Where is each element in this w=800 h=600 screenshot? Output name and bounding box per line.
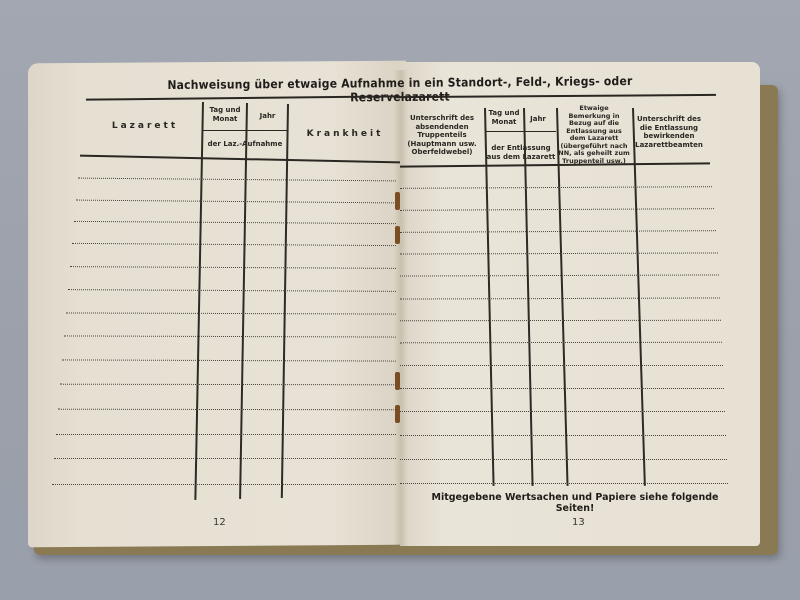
- column-header-krankheit: Krankheit: [295, 130, 395, 139]
- blank-entry-row: [400, 411, 725, 412]
- column-header-lazarett: Lazarett: [95, 122, 195, 131]
- staple: [395, 405, 400, 423]
- footer-note: Mitgegebene Wertsachen und Papiere siehe…: [425, 492, 725, 514]
- column-header-bemerkung: Etwaige Bemerkung in Bezug auf die Entla…: [558, 105, 630, 165]
- column-header-jahr: Jahr: [524, 115, 552, 124]
- page-number-right: 13: [572, 517, 585, 528]
- blank-entry-row: [54, 458, 396, 459]
- column-header-jahr: Jahr: [250, 112, 285, 121]
- blank-entry-row: [400, 388, 724, 389]
- blank-entry-row: [400, 459, 727, 460]
- blank-entry-row: [400, 483, 728, 484]
- blank-entry-row: [400, 365, 723, 366]
- staple: [395, 192, 400, 210]
- column-header-unterschrift-lazarett: Unterschrift des die Entlassung bewirken…: [634, 115, 704, 149]
- page-number-left: 12: [213, 517, 226, 528]
- page-title: Nachweisung über etwaige Aufnahme in ein…: [160, 74, 640, 106]
- column-header-unterschrift-truppenteil: Unterschrift des absendenden Truppenteil…: [403, 114, 481, 157]
- blank-entry-row: [52, 484, 396, 485]
- blank-entry-row: [56, 434, 396, 435]
- column-header-entlassung-group: der Entlassung aus dem Lazarett: [486, 144, 556, 161]
- subheader-rule: [486, 131, 556, 132]
- column-header-tag-monat: Tag und Monat: [487, 109, 521, 126]
- column-header-tag-monat: Tag und Monat: [205, 106, 245, 123]
- blank-entry-row: [400, 435, 726, 436]
- staple: [395, 226, 400, 244]
